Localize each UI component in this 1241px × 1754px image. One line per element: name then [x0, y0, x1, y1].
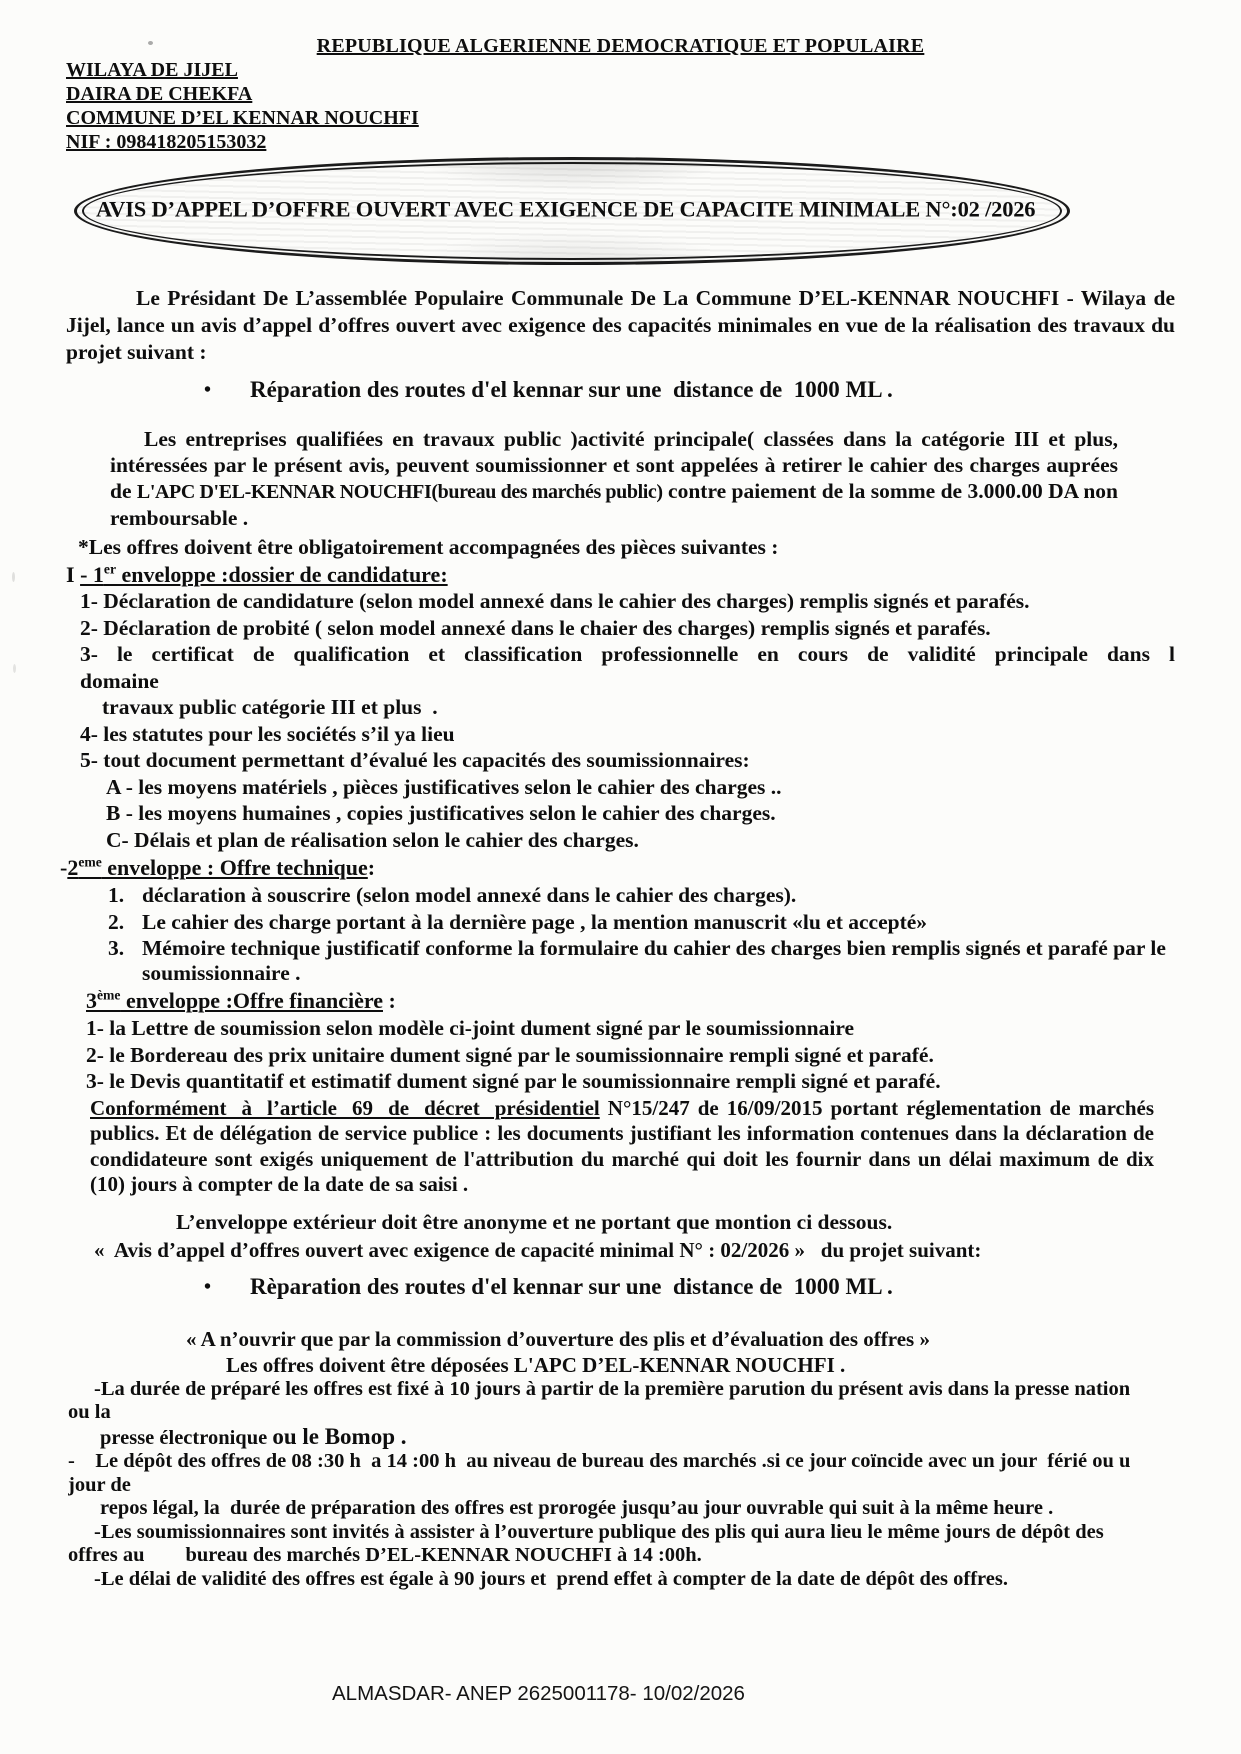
- publication-imprint: ALMASDAR- ANEP 2625001178- 10/02/2026: [332, 1682, 745, 1706]
- scan-speck: [13, 664, 16, 673]
- anonymous-envelope-note: L’enveloppe extérieur doit être anonyme …: [176, 1210, 1175, 1235]
- envelope3-heading: 3ème enveloppe :Offre financière :: [86, 988, 1175, 1014]
- envelope3-colon: :: [383, 988, 396, 1013]
- intro-paragraph: Le Présidant De L’assemblée Populaire Co…: [66, 285, 1175, 366]
- envelope1-title: - 1er enveloppe :dossier de candidature:: [80, 562, 448, 587]
- bullet-icon-2: •: [204, 1273, 250, 1301]
- republic-title-text: REPUBLIQUE ALGERIENNE DEMOCRATIQUE ET PO…: [317, 35, 925, 57]
- env1-item-4: 4- les statutes pour les sociétés s’il y…: [80, 722, 1175, 747]
- envelope3-title-num: 3: [86, 988, 97, 1013]
- scan-speck: [12, 572, 15, 582]
- conditions-block: -La durée de préparé les offres est fixé…: [66, 1378, 1175, 1592]
- open-only-note: « A n’ouvrir que par la commission d’ouv…: [186, 1327, 1175, 1352]
- project-bullet-text: Réparation des routes d'el kennar sur un…: [250, 376, 893, 404]
- env2-item-2: 2.Le cahier des charge portant à la dern…: [108, 910, 1175, 935]
- envelope1-title-post: enveloppe :dossier de candidature:: [116, 562, 448, 587]
- condition-press-bomop: ou le Bomop .: [272, 1425, 406, 1449]
- legal-underlined: Conformément à l’article 69 de décret pr…: [90, 1096, 600, 1120]
- banner-title: AVIS D’APPEL D’OFFRE OUVERT AVEC EXIGENC…: [96, 197, 1035, 223]
- env3-item-1: 1- la Lettre de soumission selon modèle …: [86, 1016, 1175, 1041]
- envelope2-heading: -2eme enveloppe : Offre technique:: [60, 855, 1175, 881]
- env1-item-5: 5- tout document permettant d’évalué les…: [80, 748, 1175, 773]
- env1-item-3-line1: 3- le certificat de qualification et cla…: [80, 642, 1175, 667]
- republic-title: REPUBLIQUE ALGERIENNE DEMOCRATIQUE ET PO…: [66, 34, 1175, 58]
- envelope1-roman: I: [66, 562, 80, 587]
- env1-item-5b: B - les moyens humaines , copies justifi…: [106, 801, 1175, 826]
- mention-line: « Avis d’appel d’offres ouvert avec exig…: [94, 1238, 1175, 1263]
- envelope2-title-rest: enveloppe : Offre technique: [102, 855, 368, 880]
- env1-item-5a: A - les moyens matériels , pièces justif…: [106, 775, 1175, 800]
- env1-item-2: 2- Déclaration de probité ( selon model …: [80, 616, 1175, 641]
- legal-paragraph: Conformément à l’article 69 de décret pr…: [90, 1096, 1154, 1198]
- envelope3-title: 3ème enveloppe :Offre financière: [86, 988, 383, 1013]
- condition-deposit-hours-line2: jour de: [68, 1474, 1175, 1498]
- env1-item-5c: C- Délais et plan de réalisation selon l…: [106, 828, 1175, 853]
- envelope2-title-num: 2: [67, 855, 78, 880]
- env2-item-1-text: déclaration à souscrire (selon model ann…: [142, 883, 796, 907]
- org-daira: DAIRA DE CHEKFA: [66, 82, 252, 106]
- scan-speck: [148, 41, 153, 45]
- env2-item-1-num: 1.: [108, 883, 142, 908]
- env2-item-3: 3.Mémoire technique justificatif conform…: [108, 936, 1175, 985]
- condition-opening-line1: -Les soumissionnaires sont invités à ass…: [94, 1521, 1175, 1545]
- project-bullet-2-text: Rèparation des routes d'el kennar sur un…: [250, 1273, 893, 1301]
- env3-item-3: 3- le Devis quantitatif et estimatif dum…: [86, 1069, 1175, 1094]
- project-bullet-2: • Rèparation des routes d'el kennar sur …: [204, 1273, 1175, 1301]
- org-nif: NIF : 098418205153032: [66, 130, 266, 154]
- eligibility-org: L'APC D'EL-KENNAR NOUCHFI(bureau des mar…: [137, 481, 663, 503]
- required-docs-note: *Les offres doivent être obligatoirement…: [78, 534, 1175, 560]
- envelope2-title-sup: eme: [78, 855, 101, 870]
- org-wilaya: WILAYA DE JIJEL: [66, 58, 238, 82]
- condition-duration-line1: -La durée de préparé les offres est fixé…: [94, 1378, 1175, 1402]
- condition-opening-line2: offres au bureau des marchés D’EL-KENNAR…: [68, 1544, 1175, 1568]
- env1-item-3-line2: domaine: [80, 669, 1175, 694]
- env2-item-2-num: 2.: [108, 910, 142, 935]
- env2-item-2-text: Le cahier des charge portant à la derniè…: [142, 910, 927, 934]
- notice-banner: AVIS D’APPEL D’OFFRE OUVERT AVEC EXIGENC…: [74, 157, 1070, 265]
- envelope2-title: 2eme enveloppe : Offre technique: [67, 855, 367, 880]
- tender-notice-page: REPUBLIQUE ALGERIENNE DEMOCRATIQUE ET PO…: [0, 0, 1241, 1591]
- envelope1-title-sup: er: [104, 562, 116, 577]
- deposit-note: Les offres doivent être déposées L'APC D…: [226, 1353, 1175, 1378]
- condition-duration-line3: presse électronique ou le Bomop .: [100, 1425, 1175, 1451]
- project-bullet: • Réparation des routes d'el kennar sur …: [204, 376, 1175, 404]
- bullet-icon: •: [204, 376, 250, 404]
- condition-rest-day: repos légal, la durée de préparation des…: [100, 1497, 1175, 1521]
- condition-press-pre: presse électronique: [100, 1427, 272, 1449]
- env1-item-3-sub: travaux public catégorie III et plus .: [102, 695, 1175, 720]
- env2-item-1: 1.déclaration à souscrire (selon model a…: [108, 883, 1175, 908]
- envelope2-colon: :: [368, 855, 375, 880]
- envelope1-title-pre: - 1: [80, 562, 104, 587]
- envelope3-title-rest: enveloppe :Offre financière: [120, 988, 383, 1013]
- org-commune: COMMUNE D’EL KENNAR NOUCHFI: [66, 106, 419, 130]
- envelope3-title-sup: ème: [97, 988, 120, 1003]
- env2-item-3-num: 3.: [108, 936, 142, 961]
- condition-deposit-hours-line1: - Le dépôt des offres de 08 :30 h a 14 :…: [68, 1450, 1175, 1474]
- condition-validity: -Le délai de validité des offres est éga…: [94, 1568, 1175, 1592]
- env2-item-3-text: Mémoire technique justificatif conforme …: [142, 936, 1166, 985]
- env3-item-2: 2- le Bordereau des prix unitaire dument…: [86, 1043, 1175, 1068]
- env1-item-1: 1- Déclaration de candidature (selon mod…: [80, 589, 1175, 614]
- eligibility-paragraph: Les entreprises qualifiées en travaux pu…: [110, 426, 1118, 531]
- envelope1-heading: I - 1er enveloppe :dossier de candidatur…: [66, 562, 1175, 588]
- condition-duration-line2: ou la: [68, 1401, 1175, 1425]
